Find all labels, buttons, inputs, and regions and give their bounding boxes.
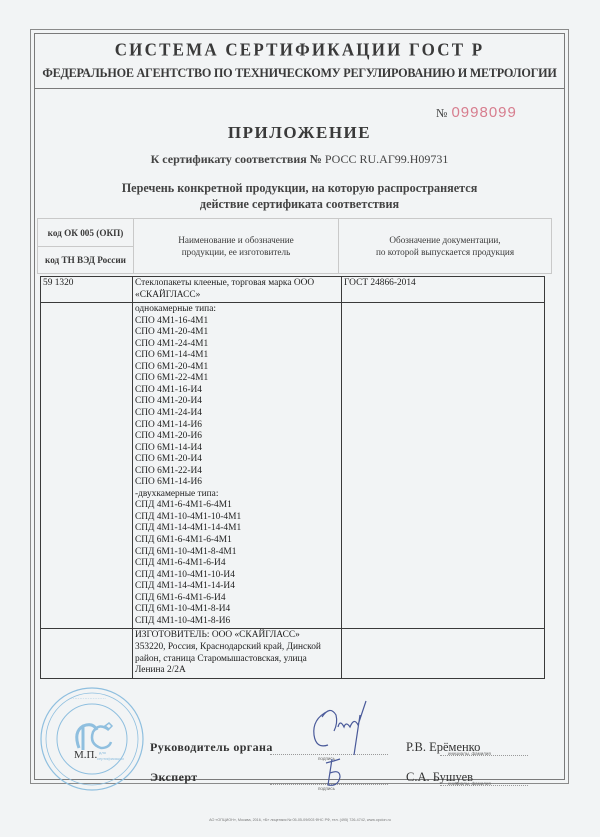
product-name-line: СПД 4М1-6-4М1-6-4М1 bbox=[135, 500, 339, 512]
product-name-line: СПО 4М1-24-И4 bbox=[135, 408, 339, 420]
product-name-line: 353220, Россия, Краснодарский край, Динс… bbox=[135, 642, 339, 654]
header-code-tnved: код ТН ВЭД России bbox=[38, 247, 133, 273]
header-code-okp: код ОК 005 (ОКП) bbox=[38, 219, 133, 247]
product-name-line: СПО 6М1-20-4М1 bbox=[135, 362, 339, 374]
svg-text:для: для bbox=[99, 750, 106, 755]
product-name-line: ИЗГОТОВИТЕЛЬ: ООО «СКАЙГЛАСС» bbox=[135, 630, 339, 642]
head-signature-icon bbox=[300, 697, 380, 757]
head-name-caption: инициалы, фамилия bbox=[448, 751, 491, 756]
product-name-cell: однокамерные типа:СПО 4М1-16-4М1СПО 4М1-… bbox=[133, 303, 342, 628]
product-name-line: СПО 4М1-20-И6 bbox=[135, 431, 339, 443]
printer-footer: АО «ОПЦИОН», Москва, 2016, «Б» лицензия … bbox=[150, 818, 450, 822]
product-name-line: СПО 4М1-24-4М1 bbox=[135, 339, 339, 351]
header-product-name: Наименование и обозначение продукции, ее… bbox=[134, 219, 339, 273]
expert-name-caption: инициалы, фамилия bbox=[448, 781, 491, 786]
number-symbol: № bbox=[436, 106, 447, 120]
documentation-cell bbox=[342, 303, 544, 628]
table-header: код ОК 005 (ОКП) код ТН ВЭД России Наиме… bbox=[37, 218, 552, 274]
product-name-line: район, станица Старомышастовская, улица bbox=[135, 654, 339, 666]
expert-signature-icon bbox=[318, 757, 358, 789]
product-name-line: СПД 4М1-10-4М1-8-И6 bbox=[135, 616, 339, 628]
product-list-title-line2: действие сертификата соответствия bbox=[34, 196, 565, 212]
product-name-line: СПО 4М1-20-И4 bbox=[135, 396, 339, 408]
svg-text:·····················: ····················· bbox=[71, 696, 106, 702]
product-name-line: СПД 4М1-10-4М1-10-4М1 bbox=[135, 512, 339, 524]
product-list-title-line1: Перечень конкретной продукции, на котору… bbox=[34, 180, 565, 196]
product-code-cell bbox=[41, 629, 133, 677]
product-name-line: -двухкамерные типа: bbox=[135, 489, 339, 501]
product-name-line: СПД 4М1-6-4М1-6-И4 bbox=[135, 558, 339, 570]
form-number-value: 0998099 bbox=[451, 104, 516, 121]
certificate-reference: К сертификату соответствия №РОСС RU.АГ99… bbox=[34, 152, 565, 167]
product-name-line: СПО 6М1-22-И4 bbox=[135, 466, 339, 478]
appendix-title: ПРИЛОЖЕНИЕ bbox=[34, 123, 565, 143]
header-divider bbox=[34, 88, 565, 89]
product-name-line: СПО 4М1-20-4М1 bbox=[135, 327, 339, 339]
product-name-line: однокамерные типа: bbox=[135, 304, 339, 316]
head-of-body-label: Руководитель органа bbox=[150, 740, 273, 755]
product-list-title: Перечень конкретной продукции, на котору… bbox=[34, 180, 565, 212]
certification-system-title: СИСТЕМА СЕРТИФИКАЦИИ ГОСТ Р bbox=[34, 39, 565, 61]
table-row: ИЗГОТОВИТЕЛЬ: ООО «СКАЙГЛАСС»353220, Рос… bbox=[41, 629, 544, 677]
product-name-line: СПД 6М1-10-4М1-8-И4 bbox=[135, 604, 339, 616]
product-code-cell: 59 1320 bbox=[41, 277, 133, 302]
product-code-cell bbox=[41, 303, 133, 628]
product-name-line: «СКАЙГЛАСС» bbox=[135, 290, 339, 302]
certificate-reference-label: К сертификату соответствия № bbox=[151, 152, 322, 166]
stamp-place-label: М.П. bbox=[74, 749, 97, 761]
product-name-line: СПД 4М1-14-4М1-14-4М1 bbox=[135, 523, 339, 535]
product-name-line: СПД 4М1-14-4М1-14-И4 bbox=[135, 581, 339, 593]
product-name-line: СПО 6М1-22-4М1 bbox=[135, 373, 339, 385]
header-documentation-line2: по которой выпускается продукция bbox=[376, 246, 514, 258]
product-name-line: СПД 6М1-10-4М1-8-4М1 bbox=[135, 547, 339, 559]
header-product-name-line2: продукции, ее изготовитель bbox=[178, 246, 293, 258]
product-name-line: СПО 6М1-14-И6 bbox=[135, 477, 339, 489]
product-name-line: СПД 4М1-10-4М1-10-И4 bbox=[135, 570, 339, 582]
header-product-name-line1: Наименование и обозначение bbox=[178, 234, 293, 246]
product-name-line: СПО 6М1-14-4М1 bbox=[135, 350, 339, 362]
product-name-line: Ленина 2/2А bbox=[135, 665, 339, 677]
form-number: №0998099 bbox=[436, 104, 517, 122]
expert-label: Эксперт bbox=[150, 770, 198, 785]
product-name-line: СПО 6М1-20-И4 bbox=[135, 454, 339, 466]
product-name-line: СПО 4М1-16-И4 bbox=[135, 385, 339, 397]
header-documentation-line1: Обозначение документации, bbox=[376, 234, 514, 246]
product-name-line: СПО 4М1-14-И6 bbox=[135, 420, 339, 432]
header-documentation: Обозначение документации, по которой вып… bbox=[339, 219, 551, 273]
table-row: однокамерные типа:СПО 4М1-16-4М1СПО 4М1-… bbox=[41, 303, 544, 629]
product-name-line: СПД 6М1-6-4М1-6-4М1 bbox=[135, 535, 339, 547]
product-name-line: СПД 6М1-6-4М1-6-И4 bbox=[135, 593, 339, 605]
svg-text:сертификации: сертификации bbox=[97, 756, 124, 761]
table-row: 59 1320Стеклопакеты клееные, торговая ма… bbox=[41, 277, 544, 303]
documentation-cell bbox=[342, 629, 544, 677]
product-table: 59 1320Стеклопакеты клееные, торговая ма… bbox=[40, 276, 545, 679]
seal-stamp-icon: ····················· для сертификации bbox=[39, 686, 145, 792]
documentation-cell: ГОСТ 24866-2014 bbox=[342, 277, 544, 302]
product-name-line: СПО 6М1-14-И4 bbox=[135, 443, 339, 455]
product-name-cell: ИЗГОТОВИТЕЛЬ: ООО «СКАЙГЛАСС»353220, Рос… bbox=[133, 629, 342, 677]
product-name-line: Стеклопакеты клееные, торговая марка ООО bbox=[135, 278, 339, 290]
certificate-number: РОСС RU.АГ99.Н09731 bbox=[325, 152, 449, 166]
product-name-cell: Стеклопакеты клееные, торговая марка ООО… bbox=[133, 277, 342, 302]
agency-name: ФЕДЕРАЛЬНОЕ АГЕНТСТВО ПО ТЕХНИЧЕСКОМУ РЕ… bbox=[34, 66, 565, 81]
product-name-line: СПО 4М1-16-4М1 bbox=[135, 316, 339, 328]
